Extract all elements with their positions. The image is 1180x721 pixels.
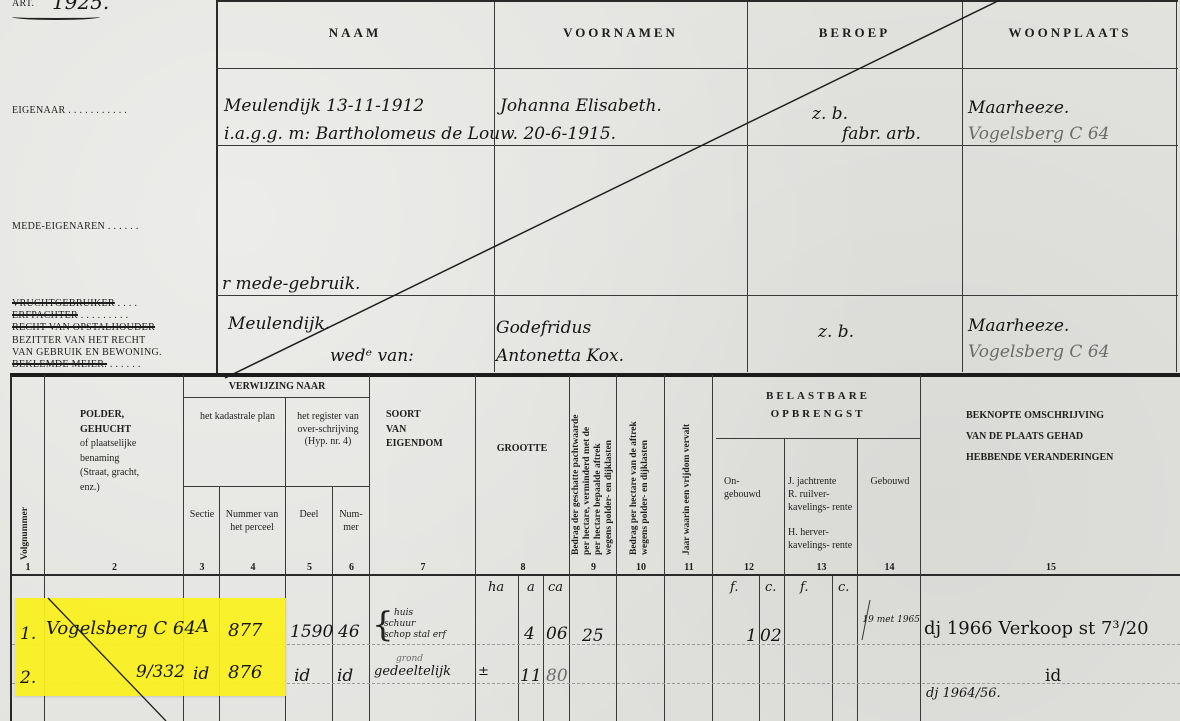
header-line: enz.)	[80, 481, 139, 496]
col-line	[475, 375, 476, 721]
col-line	[664, 375, 665, 721]
row1-soort-1: huis	[394, 608, 413, 618]
col-line	[712, 375, 713, 721]
top-header-rule	[216, 68, 1178, 69]
col-line	[369, 375, 370, 721]
header-line: GEHUCHT	[80, 423, 139, 438]
header-col11: Jaar waarin een vrijdom vervalt	[682, 380, 693, 555]
top-eigenaar-rule	[216, 145, 1178, 146]
row2-a: 11	[520, 666, 542, 686]
col-line	[759, 576, 760, 721]
colnum-3: 3	[185, 562, 219, 573]
header-omschrijving: BEKNOPTE OMSCHRIJVING VAN DE PLAATS GEHA…	[966, 405, 1113, 468]
row1-deel: 1590	[290, 622, 333, 642]
row1-ongebouwd-c: 02	[760, 626, 782, 646]
row1-ca: 06	[546, 624, 568, 644]
verwijzing-rule	[184, 397, 370, 398]
header-opbrengst: OPBRENGST	[714, 408, 922, 420]
unit-f2: f.	[800, 580, 808, 595]
leader-dots: . . . .	[115, 298, 137, 309]
header-line: (Straat, gracht,	[80, 466, 139, 481]
row2-sectie: id	[193, 664, 209, 684]
row1-sectie: A	[196, 616, 209, 637]
row2-omschrijving-2: dj 1964/56.	[926, 686, 1001, 701]
header-sectie: Sectie	[185, 509, 219, 522]
header-line: Bedrag der geschatte pachtwaarde	[571, 380, 582, 555]
header-line: BEKNOPTE OMSCHRIJVING	[966, 405, 1113, 426]
row1-gebouwd: 19 met 1965	[862, 616, 920, 626]
unit-ha: ha	[488, 580, 504, 595]
row2-ha-mark: ±	[478, 664, 489, 679]
eigenaar-voornamen: Johanna Elisabeth.	[500, 96, 662, 116]
unit-f1: f.	[730, 580, 738, 595]
bezitter-woonplaats-1: Maarheeze.	[968, 316, 1069, 336]
header-polder: POLDER, GEHUCHT of plaatselijke benaming…	[80, 408, 139, 495]
row1-ongebouwd-f: 1	[746, 626, 757, 646]
bottom-border-top	[10, 373, 1180, 377]
header-ruilverkaveling: R. ruilver- kavelings- rente	[788, 489, 858, 514]
top-divider-voornamen	[747, 0, 748, 372]
header-line: VAN DE PLAATS GEHAD	[966, 426, 1113, 447]
colnum-12: 12	[714, 562, 784, 573]
colnum-2: 2	[46, 562, 183, 573]
col-line	[543, 576, 544, 721]
belastbare-rule	[716, 438, 921, 439]
row1-nummer: 46	[338, 622, 360, 642]
header-line: SOORT	[386, 408, 443, 423]
leader-dots: . . . . . .	[107, 359, 141, 370]
article-label: ART.	[12, 0, 34, 9]
bezitter-naam-2: wedᵉ van:	[330, 346, 414, 366]
unit-ca: ca	[548, 580, 563, 595]
article-underline	[12, 14, 100, 20]
col-line	[784, 438, 785, 721]
row2-volgnummer: 2.	[20, 668, 36, 688]
article-number: 1925.	[52, 0, 109, 14]
bezitter-voornamen-1: Godefridus	[496, 318, 591, 338]
top-border-left	[216, 0, 218, 375]
eigenaar-woonplaats-2: Vogelsberg C 64	[968, 124, 1109, 144]
unit-a: a	[527, 580, 535, 595]
colnum-5: 5	[287, 562, 332, 573]
colnum-11: 11	[666, 562, 712, 573]
col-line	[518, 576, 519, 721]
eigenaar-beroep-1: z. b.	[812, 104, 848, 124]
label-opstalhouder: RECHT VAN OPSTALHOUDER	[12, 322, 155, 333]
header-line: HEBBENDE VERANDERINGEN	[966, 447, 1113, 468]
bezitter-woonplaats-2: Vogelsberg C 64	[968, 342, 1109, 362]
row1-soort-3: schop stal erf	[384, 630, 446, 640]
row2-perceel: 876	[228, 662, 262, 683]
row2-polder: 9/332	[136, 662, 185, 682]
header-kadastrale-plan: het kadastrale plan	[200, 411, 280, 424]
header-volgnummer: Volgnummer	[20, 480, 31, 560]
header-col9: Bedrag der geschatte pachtwaarde per hec…	[571, 380, 615, 555]
top-mede-rule	[216, 295, 1178, 296]
label-bezitter-2: VAN GEBRUIK EN BEWONING.	[12, 347, 162, 358]
colnum-4: 4	[221, 562, 285, 573]
header-line: POLDER,	[80, 408, 139, 423]
label-erfpachter: ERFPACHTER	[12, 310, 78, 321]
header-line: wegens polder- en dijklasten	[604, 380, 615, 555]
colnum-8: 8	[477, 562, 569, 573]
label-bezitter-1: BEZITTER VAN HET RECHT	[12, 335, 146, 346]
bottom-header-rule	[10, 574, 1180, 576]
colnum-9: 9	[571, 562, 616, 573]
bezitter-beroep: z. b.	[818, 322, 854, 342]
row1-polder: Vogelsberg C 64	[46, 618, 196, 639]
header-line: benaming	[80, 452, 139, 467]
header-beroep: BEROEP	[747, 25, 962, 41]
colnum-1: 1	[12, 562, 44, 573]
header-line: wegens polder- en dijklasten	[640, 380, 651, 555]
colnum-7: 7	[371, 562, 475, 573]
header-register: het register van over-schrijving (Hyp. n…	[290, 411, 366, 449]
leader-dots: . . . . . . . . .	[81, 310, 129, 321]
bezitter-voornamen-2: Antonetta Kox.	[496, 346, 624, 366]
eigenaar-woonplaats-1: Maarheeze.	[968, 98, 1069, 118]
label-eigenaar: EIGENAAR . . . . . . . . . . .	[12, 105, 127, 116]
header-ongebouwd: On- gebouwd	[724, 476, 778, 501]
header-woonplaats: WOONPLAATS	[962, 25, 1178, 41]
header-line: of plaatselijke	[80, 437, 139, 452]
mede-gebruik-note: r mede-gebruik.	[222, 274, 360, 294]
eigenaar-naam-line1: Meulendijk 13-11-1912	[224, 96, 424, 116]
row2-soort-faint: grond	[396, 654, 423, 664]
row1-perceel: 877	[228, 620, 262, 641]
colnum-10: 10	[618, 562, 664, 573]
row1-soort-2: schuur	[384, 619, 415, 629]
eigenaar-naam-line2: i.a.g.g. m: Bartholomeus de Louw. 20-6-1…	[224, 124, 616, 144]
colnum-6: 6	[334, 562, 369, 573]
unit-c2: c.	[838, 580, 849, 595]
row1-volgnummer: 1.	[20, 624, 36, 644]
header-nummer: Num-mer	[334, 509, 368, 534]
header-voornamen: VOORNAMEN	[494, 25, 747, 41]
colnum-14: 14	[859, 562, 920, 573]
row2-omschrijving-1: id	[1045, 666, 1061, 686]
col-line	[332, 486, 333, 721]
top-border-top	[216, 0, 1178, 2]
col-line	[10, 375, 12, 721]
eigenaar-beroep-2: fabr. arb.	[842, 124, 921, 144]
row1-a: 4	[524, 624, 535, 644]
col-line	[616, 375, 617, 721]
header-line: per hectare, verminderd met de	[582, 380, 593, 555]
colnum-15: 15	[922, 562, 1180, 573]
label-vruchtgebruiker: VRUCHTGEBRUIKER	[12, 298, 115, 309]
row2-deel: id	[294, 666, 310, 686]
label-beklemde-meier: BEKLEMDE MEIER.	[12, 359, 107, 370]
col-line	[920, 375, 921, 721]
top-border-right	[1176, 0, 1177, 372]
header-naam: NAAM	[216, 25, 494, 41]
bezitter-naam-1: Meulendijk.	[228, 314, 330, 334]
label-mede-eigenaren: MEDE-EIGENAREN . . . . . .	[12, 221, 139, 232]
header-herverkaveling: H. herver- kavelings- rente	[788, 527, 858, 552]
top-divider-beroep	[962, 0, 963, 372]
header-gebouwd: Gebouwd	[860, 476, 920, 489]
col-line	[569, 375, 570, 721]
registry-card: ART. 1925. NAAM VOORNAMEN BEROEP WOONPLA…	[0, 0, 1180, 721]
row1-col9: 25	[582, 626, 604, 646]
header-soort: SOORT VAN EIGENDOM	[386, 408, 443, 452]
header-jachtrente: J. jachtrente	[788, 476, 858, 489]
header-line: per hectare bepaalde aftrek	[593, 380, 604, 555]
row2-nummer: id	[337, 666, 353, 686]
header-col10: Bedrag per hectare van de aftrek wegens …	[629, 380, 651, 555]
header-line: Bedrag per hectare van de aftrek	[629, 380, 640, 555]
col-line	[832, 576, 833, 721]
header-grootte: GROOTTE	[475, 442, 569, 457]
header-verwijzing: VERWIJZING NAAR	[184, 381, 370, 394]
header-line: EIGENDOM	[386, 437, 443, 452]
header-deel: Deel	[287, 509, 331, 522]
header-nummer-perceel: Nummer van het perceel	[222, 509, 282, 534]
header-line: VAN	[386, 423, 443, 438]
row2-soort: gedeeltelijk	[374, 664, 451, 679]
row2-ca: 80	[546, 666, 568, 686]
unit-c1: c.	[765, 580, 776, 595]
verwijzing-sub-rule	[184, 486, 370, 487]
colnum-13: 13	[786, 562, 857, 573]
top-divider-naam	[494, 0, 495, 372]
row1-omschrijving: dj 1966 Verkoop st 7³/20	[924, 618, 1149, 639]
header-belastbare: BELASTBARE	[714, 390, 922, 402]
